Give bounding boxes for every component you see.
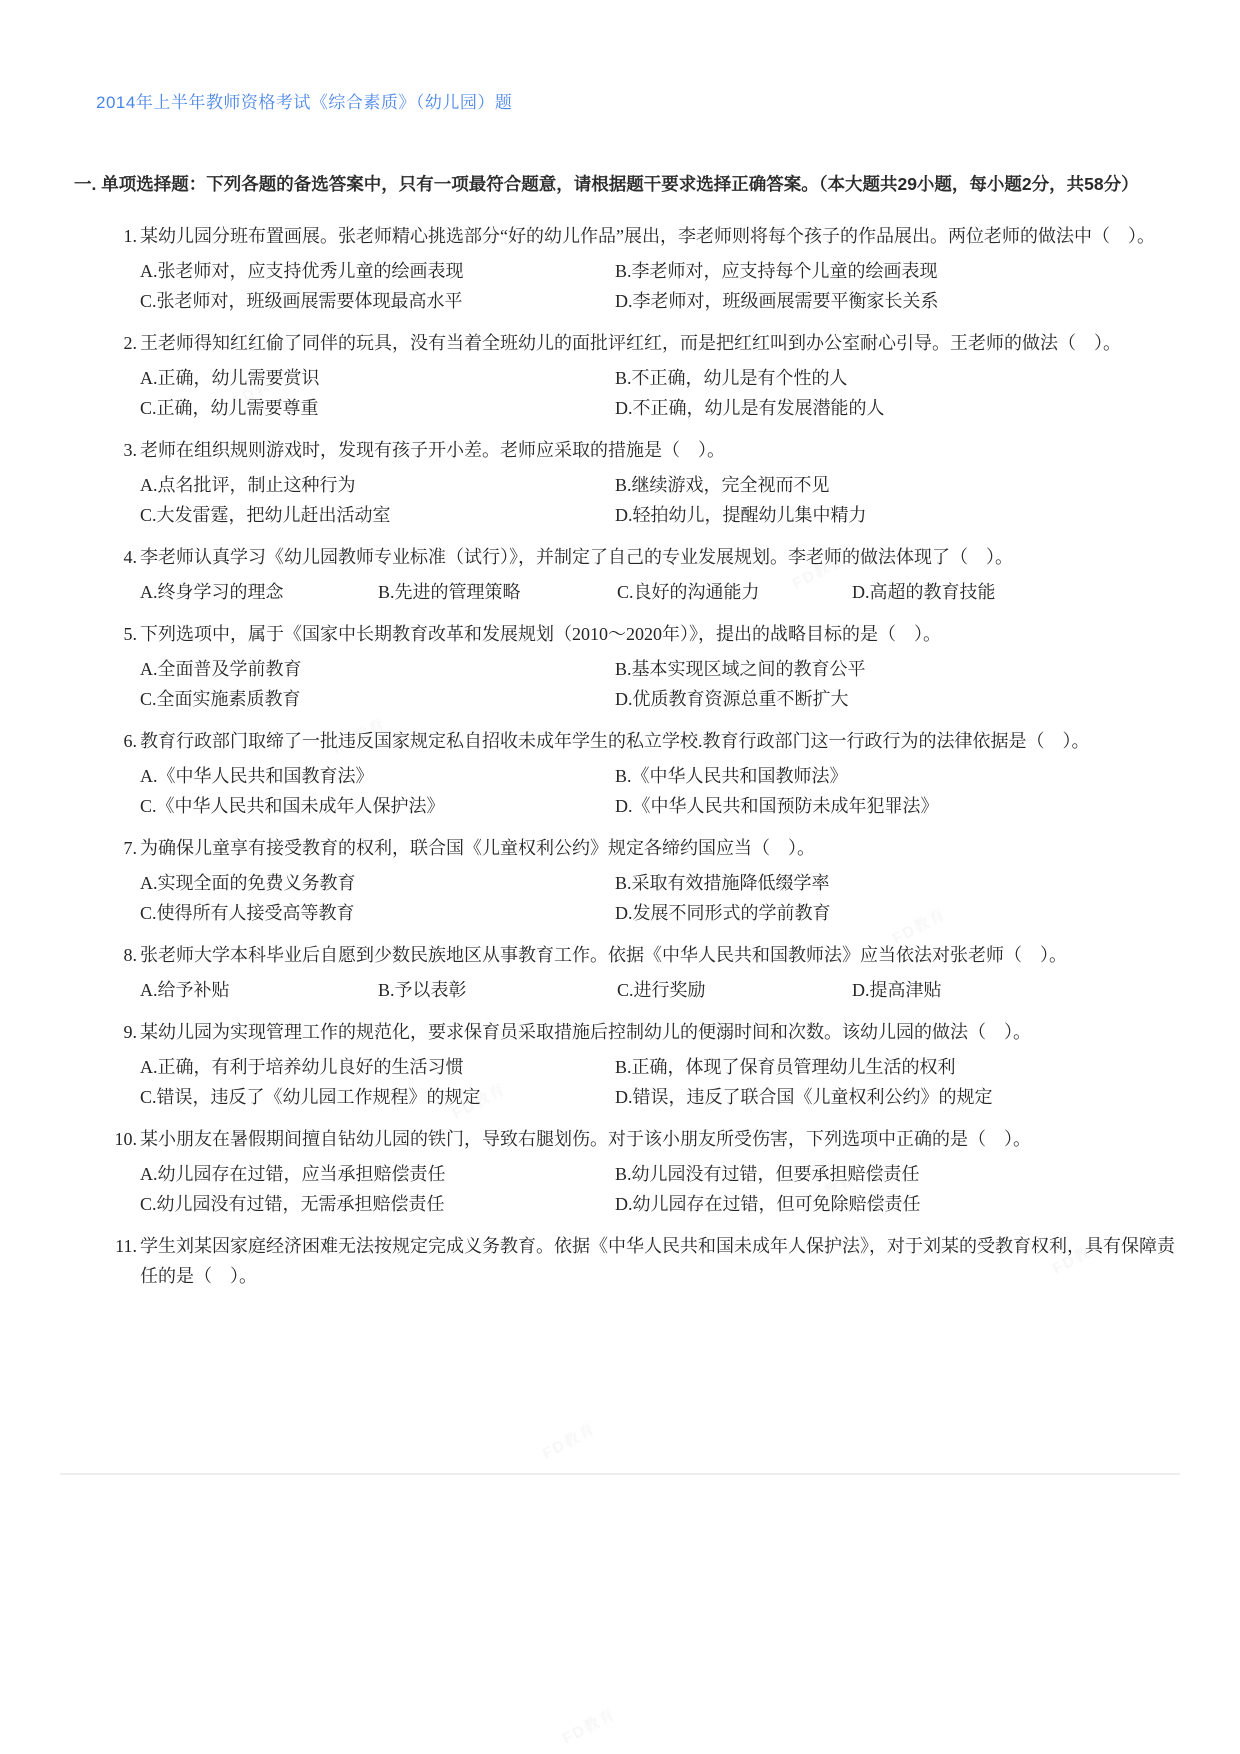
option-C: C.使得所有人接受高等教育 (140, 898, 615, 928)
option-A: A.张老师对，应支持优秀儿童的绘画表现 (140, 256, 615, 286)
option-A: A.终身学习的理念 (140, 577, 378, 607)
question-6: 6.教育行政部门取缔了一批违反国家规定私自招收未成年学生的私立学校.教育行政部门… (60, 726, 1180, 821)
option-B: B.采取有效措施降低缀学率 (615, 868, 1180, 898)
question-text: 李老师认真学习《幼儿园教师专业标准（试行）》，并制定了自己的专业发展规划。李老师… (140, 542, 1180, 572)
document-title: 2014年上半年教师资格考试《综合素质》（幼儿园）题 (96, 88, 1180, 113)
option-A: A.实现全面的免费义务教育 (140, 868, 615, 898)
option-D: D.高超的教育技能 (852, 577, 1180, 607)
option-D: D.优质教育资源总重不断扩大 (615, 684, 1180, 714)
option-D: D.轻拍幼儿，提醒幼儿集中精力 (615, 500, 1180, 530)
options: A.张老师对，应支持优秀儿童的绘画表现B.李老师对，应支持每个儿童的绘画表现C.… (140, 256, 1180, 316)
option-B: B.基本实现区域之间的教育公平 (615, 654, 1180, 684)
document-page: 2014年上半年教师资格考试《综合素质》（幼儿园）题 一. 单项选择题：下列各题… (0, 0, 1240, 1754)
question-number: 2. (60, 328, 137, 358)
question-4: 4.李老师认真学习《幼儿园教师专业标准（试行）》，并制定了自己的专业发展规划。李… (60, 542, 1180, 607)
options: A.给予补贴B.予以表彰C.进行奖励D.提高津贴 (140, 975, 1180, 1005)
question-number: 1. (60, 221, 137, 251)
question-7: 7.为确保儿童享有接受教育的权利，联合国《儿童权利公约》规定各缔约国应当（ ）。… (60, 833, 1180, 928)
option-C: C.张老师对，班级画展需要体现最高水平 (140, 286, 615, 316)
options: A.终身学习的理念B.先进的管理策略C.良好的沟通能力D.高超的教育技能 (140, 577, 1180, 607)
option-C: C.正确，幼儿需要尊重 (140, 393, 615, 423)
question-text: 某小朋友在暑假期间擅自钻幼儿园的铁门，导致右腿划伤。对于该小朋友所受伤害，下列选… (140, 1124, 1180, 1154)
section-heading: 一. 单项选择题：下列各题的备选答案中，只有一项最符合题意，请根据题干要求选择正… (60, 169, 1180, 199)
question-1: 1.某幼儿园分班布置画展。张老师精心挑选部分“好的幼儿作品”展出，李老师则将每个… (60, 221, 1180, 316)
option-A: A.全面普及学前教育 (140, 654, 615, 684)
question-10: 10.某小朋友在暑假期间擅自钻幼儿园的铁门，导致右腿划伤。对于该小朋友所受伤害，… (60, 1124, 1180, 1219)
question-number: 5. (60, 619, 137, 649)
question-5: 5.下列选项中，属于《国家中长期教育改革和发展规划（2010～2020年）》，提… (60, 619, 1180, 714)
option-A: A.正确，幼儿需要赏识 (140, 363, 615, 393)
question-number: 7. (60, 833, 137, 863)
question-text: 老师在组织规则游戏时，发现有孩子开小差。老师应采取的措施是（ ）。 (140, 435, 1180, 465)
options: A.全面普及学前教育B.基本实现区域之间的教育公平C.全面实施素质教育D.优质教… (140, 654, 1180, 714)
question-number: 9. (60, 1017, 137, 1047)
question-text: 王老师得知红红偷了同伴的玩具，没有当着全班幼儿的面批评红红，而是把红红叫到办公室… (140, 328, 1180, 358)
option-D: D.幼儿园存在过错，但可免除赔偿责任 (615, 1189, 1180, 1219)
option-D: D.提高津贴 (852, 975, 1180, 1005)
option-A: A.《中华人民共和国教育法》 (140, 761, 615, 791)
option-B: B.幼儿园没有过错，但要承担赔偿责任 (615, 1159, 1180, 1189)
question-text: 为确保儿童享有接受教育的权利，联合国《儿童权利公约》规定各缔约国应当（ ）。 (140, 833, 1180, 863)
question-8: 8.张老师大学本科毕业后自愿到少数民族地区从事教育工作。依据《中华人民共和国教师… (60, 940, 1180, 1005)
option-C: C.良好的沟通能力 (617, 577, 852, 607)
option-B: B.李老师对，应支持每个儿童的绘画表现 (615, 256, 1180, 286)
option-D: D.错误，违反了联合国《儿童权利公约》的规定 (615, 1082, 1180, 1112)
option-B: B.先进的管理策略 (378, 577, 617, 607)
question-list: 1.某幼儿园分班布置画展。张老师精心挑选部分“好的幼儿作品”展出，李老师则将每个… (60, 221, 1180, 1291)
options: A.正确，幼儿需要赏识B.不正确，幼儿是有个性的人C.正确，幼儿需要尊重D.不正… (140, 363, 1180, 423)
question-text: 张老师大学本科毕业后自愿到少数民族地区从事教育工作。依据《中华人民共和国教师法》… (140, 940, 1180, 970)
question-number: 11. (60, 1231, 137, 1261)
option-B: B.继续游戏，完全视而不见 (615, 470, 1180, 500)
question-11: 11.学生刘某因家庭经济困难无法按规定完成义务教育。依据《中华人民共和国未成年人… (60, 1231, 1180, 1291)
options: A.《中华人民共和国教育法》B.《中华人民共和国教师法》C.《中华人民共和国未成… (140, 761, 1180, 821)
option-C: C.全面实施素质教育 (140, 684, 615, 714)
option-A: A.给予补贴 (140, 975, 378, 1005)
question-text: 某幼儿园为实现管理工作的规范化，要求保育员采取措施后控制幼儿的便溺时间和次数。该… (140, 1017, 1180, 1047)
options: A.实现全面的免费义务教育B.采取有效措施降低缀学率C.使得所有人接受高等教育D… (140, 868, 1180, 928)
question-text: 教育行政部门取缔了一批违反国家规定私自招收未成年学生的私立学校.教育行政部门这一… (140, 726, 1180, 756)
option-D: D.发展不同形式的学前教育 (615, 898, 1180, 928)
options: A.幼儿园存在过错，应当承担赔偿责任B.幼儿园没有过错，但要承担赔偿责任C.幼儿… (140, 1159, 1180, 1219)
question-number: 4. (60, 542, 137, 572)
option-B: B.予以表彰 (378, 975, 617, 1005)
option-A: A.幼儿园存在过错，应当承担赔偿责任 (140, 1159, 615, 1189)
option-C: C.错误，违反了《幼儿园工作规程》的规定 (140, 1082, 615, 1112)
option-A: A.正确，有利于培养幼儿良好的生活习惯 (140, 1052, 615, 1082)
option-C: C.幼儿园没有过错，无需承担赔偿责任 (140, 1189, 615, 1219)
option-D: D.不正确，幼儿是有发展潜能的人 (615, 393, 1180, 423)
option-C: C.大发雷霆，把幼儿赶出活动室 (140, 500, 615, 530)
question-number: 6. (60, 726, 137, 756)
option-B: B.《中华人民共和国教师法》 (615, 761, 1180, 791)
question-text: 学生刘某因家庭经济困难无法按规定完成义务教育。依据《中华人民共和国未成年人保护法… (140, 1231, 1180, 1291)
option-B: B.不正确，幼儿是有个性的人 (615, 363, 1180, 393)
question-number: 3. (60, 435, 137, 465)
option-D: D.《中华人民共和国预防未成年犯罪法》 (615, 791, 1180, 821)
option-C: C.进行奖励 (617, 975, 852, 1005)
options: A.点名批评，制止这种行为B.继续游戏，完全视而不见C.大发雷霆，把幼儿赶出活动… (140, 470, 1180, 530)
question-number: 10. (60, 1124, 137, 1154)
option-D: D.李老师对，班级画展需要平衡家长关系 (615, 286, 1180, 316)
bottom-divider (60, 1473, 1180, 1475)
options: A.正确，有利于培养幼儿良好的生活习惯B.正确，体现了保育员管理幼儿生活的权利C… (140, 1052, 1180, 1112)
option-C: C.《中华人民共和国未成年人保护法》 (140, 791, 615, 821)
question-text: 下列选项中，属于《国家中长期教育改革和发展规划（2010～2020年）》，提出的… (140, 619, 1180, 649)
option-A: A.点名批评，制止这种行为 (140, 470, 615, 500)
question-2: 2.王老师得知红红偷了同伴的玩具，没有当着全班幼儿的面批评红红，而是把红红叫到办… (60, 328, 1180, 423)
question-3: 3.老师在组织规则游戏时，发现有孩子开小差。老师应采取的措施是（ ）。A.点名批… (60, 435, 1180, 530)
option-B: B.正确，体现了保育员管理幼儿生活的权利 (615, 1052, 1180, 1082)
question-number: 8. (60, 940, 137, 970)
question-text: 某幼儿园分班布置画展。张老师精心挑选部分“好的幼儿作品”展出，李老师则将每个孩子… (140, 221, 1180, 251)
question-9: 9.某幼儿园为实现管理工作的规范化，要求保育员采取措施后控制幼儿的便溺时间和次数… (60, 1017, 1180, 1112)
